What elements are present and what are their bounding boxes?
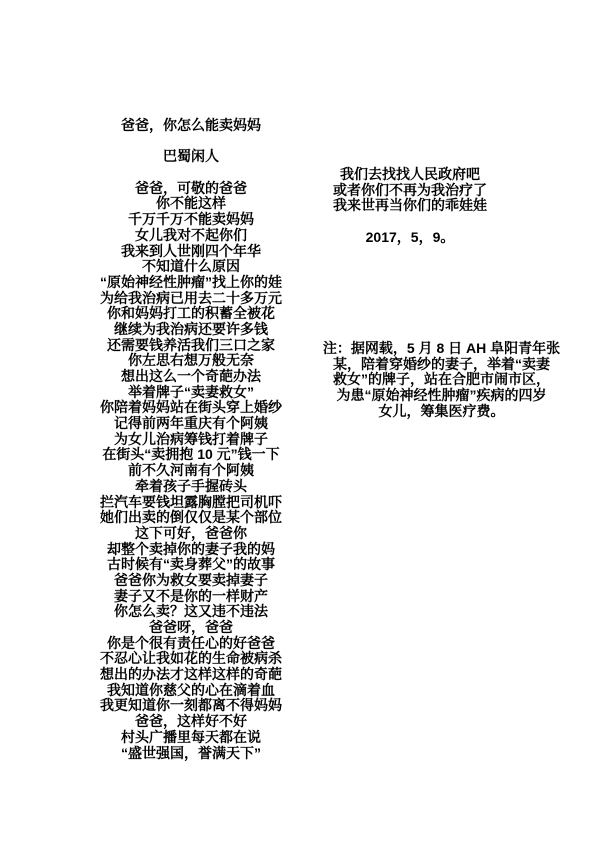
poem-line: 你是个很有责任心的好爸爸 [60, 636, 322, 652]
note-block: 注：据网载，5 月 8 日 AH 阜阳青年张某，陪着穿婚纱的妻子，举着“卖妻救女… [310, 341, 573, 419]
poem-line: 我来到人世刚四个年华 [60, 244, 322, 260]
poem-line: 记得前两年重庆有个阿姨 [60, 416, 322, 432]
poem-line: 继续为我治病还要许多钱 [60, 322, 322, 338]
poem-line: 你陪着妈妈站在街头穿上婚纱 [60, 400, 322, 416]
poem-line: 她们出卖的倒仅仅是某个部位 [60, 510, 322, 526]
poem-line: 牵着孩子手握砖头 [60, 479, 322, 495]
poem-line: 拦汽车要钱坦露胸膛把司机吓 [60, 495, 322, 511]
poem-line: 还需要钱养活我们三口之家 [60, 338, 322, 354]
poem-line: 妻子又不是你的一样财产 [60, 589, 322, 605]
poem-column-left: 爸爸，你怎么能卖妈妈 巴蜀闲人 爸爸，可敬的爸爸你不能这样千万千万不能卖妈妈女儿… [60, 118, 322, 761]
poem-line: 村头广播里每天都在说 [60, 730, 322, 746]
poem-author: 巴蜀闲人 [60, 149, 322, 165]
poem-line: 你和妈妈打工的积蓄全被花 [60, 306, 322, 322]
note-line: 注：据网载，5 月 8 日 AH 阜阳青年张 [310, 341, 573, 357]
note-line: 女儿，筹集医疗费。 [310, 404, 573, 420]
blank-line [290, 214, 530, 230]
poem-line: 我们去找找人民政府吧 [290, 167, 530, 183]
poem-line: 不知道什么原因 [60, 259, 322, 275]
poem-line: 前不久河南有个阿姨 [60, 463, 322, 479]
poem-line: 举着牌子“卖妻救女” [60, 385, 322, 401]
poem-line: 在街头“卖拥抱 10 元”钱一下 [60, 447, 322, 463]
poem-line: 为女儿治病筹钱打着牌子 [60, 432, 322, 448]
poem-line: 想出的办法才这样这样的奇葩 [60, 667, 322, 683]
poem-line: “原始神经性肿瘤”找上你的娃 [60, 275, 322, 291]
note-line: 某，陪着穿婚纱的妻子，举着“卖妻 [310, 357, 573, 373]
note-line: 救女”的牌子，站在合肥市闹市区， [310, 372, 573, 388]
poem-line: 我更知道你一刻都离不得妈妈 [60, 698, 322, 714]
poem-title: 爸爸，你怎么能卖妈妈 [60, 118, 322, 134]
poem-line: 爸爸，可敬的爸爸 [60, 181, 322, 197]
poem-date: 2017，5，9。 [290, 230, 530, 246]
blank-line [60, 165, 322, 181]
poem-line: 想出这么一个奇葩办法 [60, 369, 322, 385]
note-line: 为患“原始神经性肿瘤”疾病的四岁 [310, 388, 573, 404]
poem-line: 你左思右想万般无奈 [60, 353, 322, 369]
poem-line: 千万千万不能卖妈妈 [60, 212, 322, 228]
poem-line: 爸爸呀，爸爸 [60, 620, 322, 636]
poem-line: “盛世强国，誉满天下” [60, 746, 322, 762]
document-page: 爸爸，你怎么能卖妈妈 巴蜀闲人 爸爸，可敬的爸爸你不能这样千万千万不能卖妈妈女儿… [0, 0, 600, 849]
blank-line [60, 134, 322, 150]
poem-line: 你怎么卖？这又违不违法 [60, 604, 322, 620]
poem-line: 女儿我对不起你们 [60, 228, 322, 244]
poem-line: 你不能这样 [60, 196, 322, 212]
poem-line: 爸爸你为救女要卖掉妻子 [60, 573, 322, 589]
poem-line: 我知道你慈父的心在滴着血 [60, 683, 322, 699]
poem-line: 不忍心让我如花的生命被病杀 [60, 651, 322, 667]
poem-line: 古时候有“卖身葬父”的故事 [60, 557, 322, 573]
poem-line: 这下可好，爸爸你 [60, 526, 322, 542]
poem-line: 或者你们不再为我治疗了 [290, 183, 530, 199]
poem-line: 为给我治病已用去二十多万元 [60, 291, 322, 307]
poem-line: 却整个卖掉你的妻子我的妈 [60, 542, 322, 558]
poem-line: 我来世再当你们的乖娃娃 [290, 198, 530, 214]
poem-stanza-right: 我们去找找人民政府吧或者你们不再为我治疗了我来世再当你们的乖娃娃 [290, 167, 530, 214]
poem-column-right: 我们去找找人民政府吧或者你们不再为我治疗了我来世再当你们的乖娃娃 2017，5，… [290, 167, 530, 245]
poem-line: 爸爸，这样好不好 [60, 714, 322, 730]
poem-stanza-left: 爸爸，可敬的爸爸你不能这样千万千万不能卖妈妈女儿我对不起你们我来到人世刚四个年华… [60, 181, 322, 761]
